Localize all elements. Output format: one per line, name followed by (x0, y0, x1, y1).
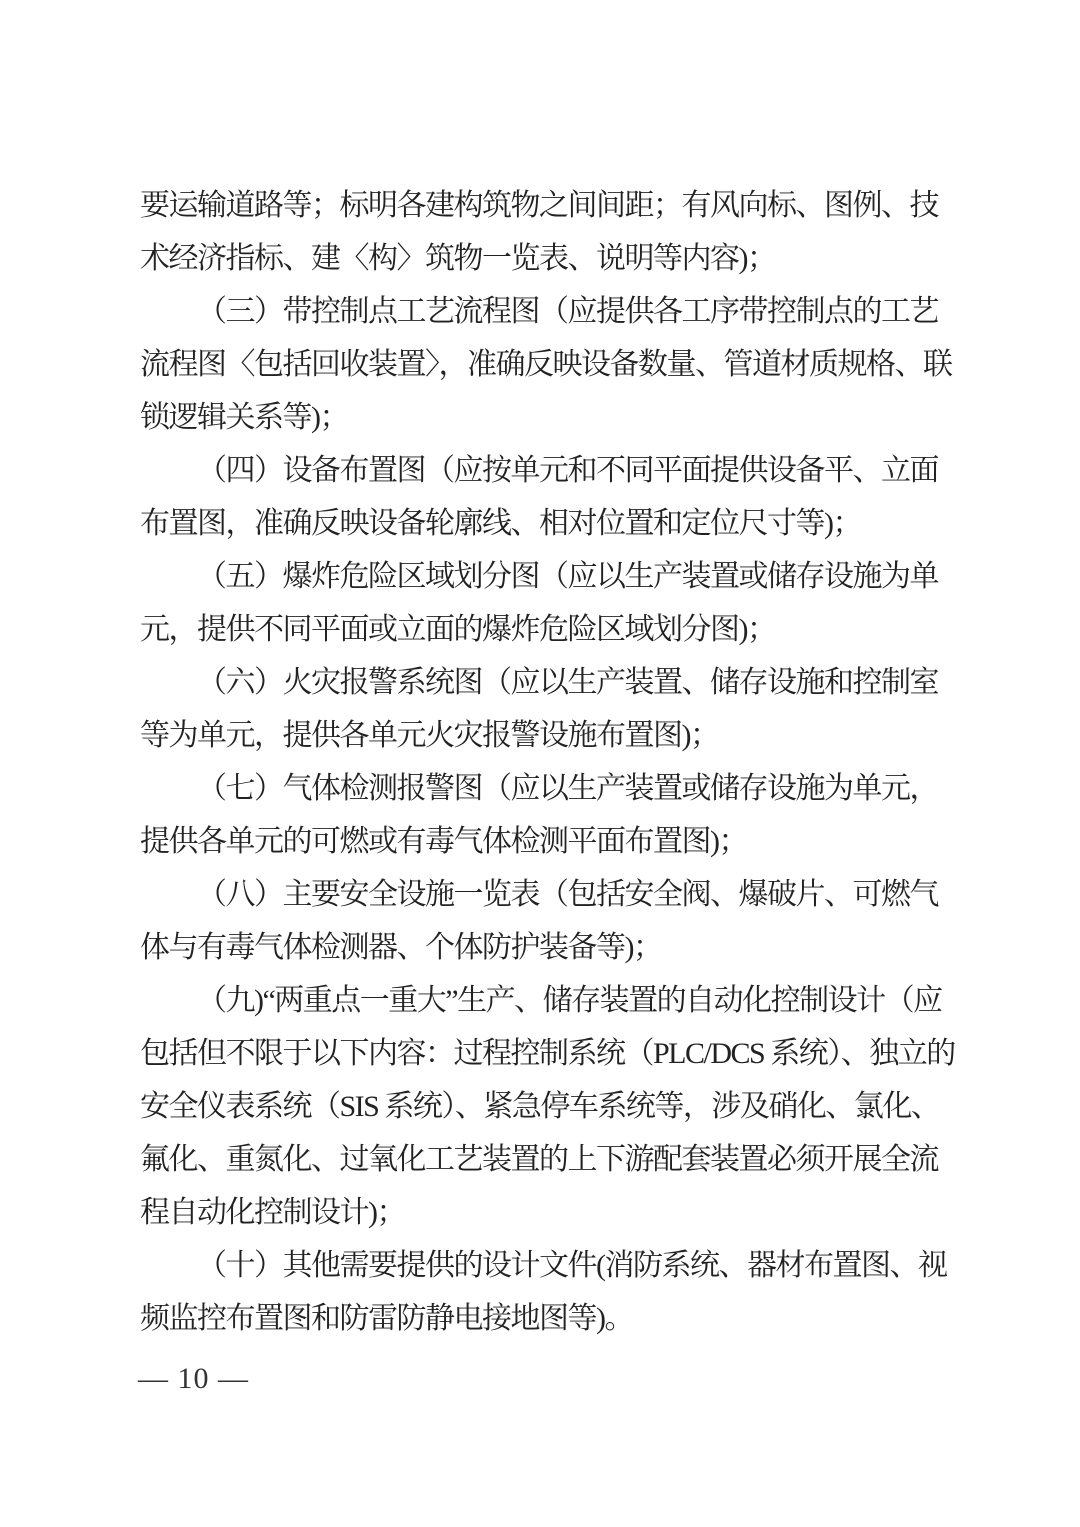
text-line-paragraph-7: （七）气体检测报警图（应以生产装置或储存设施为单元， (140, 762, 950, 815)
text-line: 氟化、重氮化、过氧化工艺装置的上下游配套装置必须开展全流 (140, 1133, 950, 1186)
text-line-paragraph-4: （四）设备布置图（应按单元和不同平面提供设备平、立面 (140, 444, 950, 497)
text-line: 流程图〈包括回收装置〉，准确反映设备数量、管道材质规格、联 (140, 338, 950, 391)
text-line-paragraph-9: （九)“两重点一重大”生产、储存装置的自动化控制设计（应 (140, 974, 950, 1027)
text-line: 程自动化控制设计)； (140, 1186, 950, 1239)
text-line: 等为单元，提供各单元火灾报警设施布置图)； (140, 709, 950, 762)
text-line: 包括但不限于以下内容：过程控制系统（PLC/DCS 系统）、独立的 (140, 1027, 950, 1080)
text-line: 术经济指标、建〈构〉筑物一览表、说明等内容)； (140, 232, 950, 285)
text-line: 要运输道路等；标明各建构筑物之间间距；有风向标、图例、技 (140, 179, 950, 232)
text-line: 频监控布置图和防雷防静电接地图等)。 (140, 1292, 950, 1345)
text-line-paragraph-3: （三）带控制点工艺流程图（应提供各工序带控制点的工艺 (140, 285, 950, 338)
text-line-paragraph-8: （八）主要安全设施一览表（包括安全阀、爆破片、可燃气 (140, 868, 950, 921)
text-line-paragraph-5: （五）爆炸危险区域划分图（应以生产装置或储存设施为单 (140, 550, 950, 603)
text-line: 体与有毒气体检测器、个体防护装备等)； (140, 921, 950, 974)
text-line: 安全仪表系统（SIS 系统）、紧急停车系统等，涉及硝化、氯化、 (140, 1080, 950, 1133)
document-page: 要运输道路等；标明各建构筑物之间间距；有风向标、图例、技 术经济指标、建〈构〉筑… (0, 0, 1080, 1527)
text-line: 锁逻辑关系等)； (140, 391, 950, 444)
document-body: 要运输道路等；标明各建构筑物之间间距；有风向标、图例、技 术经济指标、建〈构〉筑… (140, 179, 950, 1345)
page-number: — 10 — (138, 1362, 249, 1396)
text-line-paragraph-6: （六）火灾报警系统图（应以生产装置、储存设施和控制室 (140, 656, 950, 709)
text-line: 元，提供不同平面或立面的爆炸危险区域划分图)； (140, 603, 950, 656)
text-line: 布置图，准确反映设备轮廓线、相对位置和定位尺寸等)； (140, 497, 950, 550)
text-line: 提供各单元的可燃或有毒气体检测平面布置图)； (140, 815, 950, 868)
text-line-paragraph-10: （十）其他需要提供的设计文件(消防系统、器材布置图、视 (140, 1239, 950, 1292)
